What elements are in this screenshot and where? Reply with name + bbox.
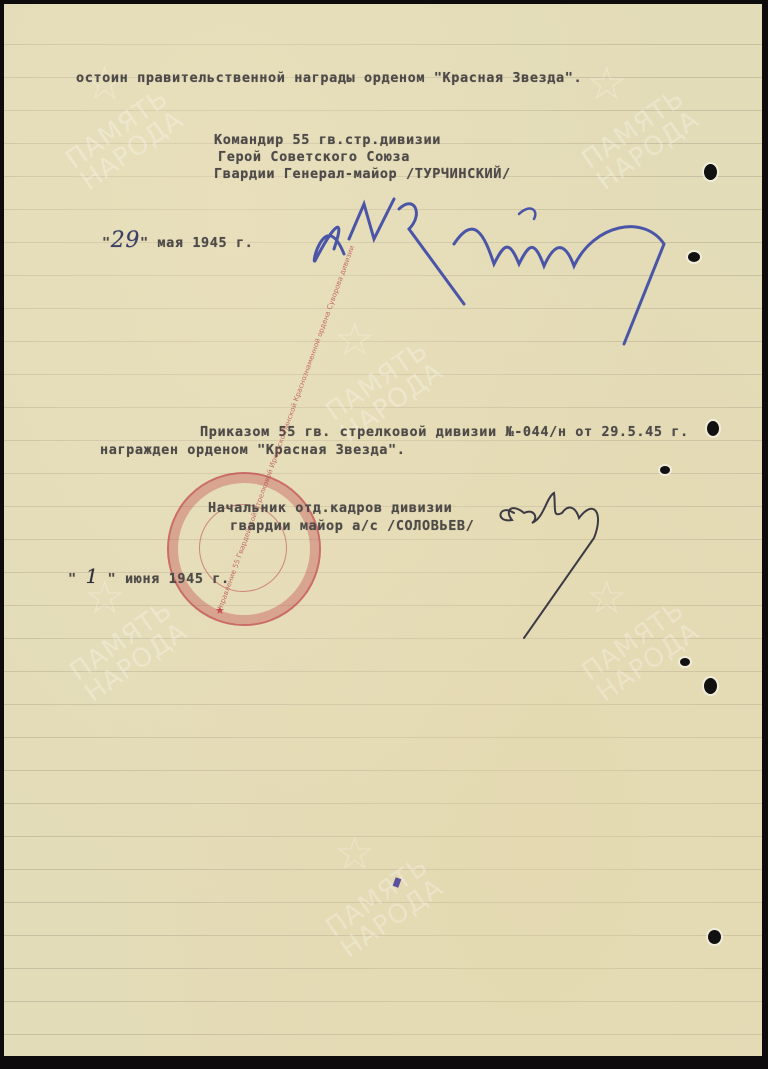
star-icon: ☆ xyxy=(334,826,375,880)
order-line-2: награжден орденом "Красная Звезда". xyxy=(100,442,405,458)
personnel-rank-name: гвардии майор а/с /СОЛОВЬЕВ/ xyxy=(230,518,474,534)
commander-title: Командир 55 гв.стр.дивизии xyxy=(214,132,441,148)
punch-hole xyxy=(708,930,721,944)
official-stamp: Управление 55 Гвардейской Стрелковой Ирк… xyxy=(167,472,321,626)
punch-hole xyxy=(680,658,690,666)
punch-hole xyxy=(704,678,717,694)
date-commander: "29" мая 1945 г. xyxy=(102,228,253,253)
punch-hole xyxy=(688,252,700,262)
commander-signature xyxy=(304,184,684,354)
star-icon: ☆ xyxy=(586,56,627,110)
handwritten-day: 29 xyxy=(111,228,140,253)
punch-hole xyxy=(660,466,670,474)
punch-hole xyxy=(704,164,717,180)
personnel-signature xyxy=(484,478,614,648)
award-worthy-line: остоин правительственной награды орденом… xyxy=(76,70,582,86)
commander-rank-name: Гвардии Генерал-майор /ТУРЧИНСКИЙ/ xyxy=(214,166,511,182)
handwritten-day: 1 xyxy=(85,564,98,588)
star-icon: ★ xyxy=(215,604,225,617)
personnel-title: Начальник отд.кадров дивизии xyxy=(208,500,452,516)
order-line-1: Приказом 55 гв. стрелковой дивизии №-044… xyxy=(200,424,689,440)
commander-honor: Герой Советского Союза xyxy=(218,149,410,165)
date-personnel: " 1 " июня 1945 г. xyxy=(68,564,230,588)
punch-hole xyxy=(707,421,719,436)
document-page: ☆ ПАМЯТЬ НАРОДА ☆ ПАМЯТЬ НАРОДА ☆ ПАМЯТЬ… xyxy=(4,4,762,1056)
